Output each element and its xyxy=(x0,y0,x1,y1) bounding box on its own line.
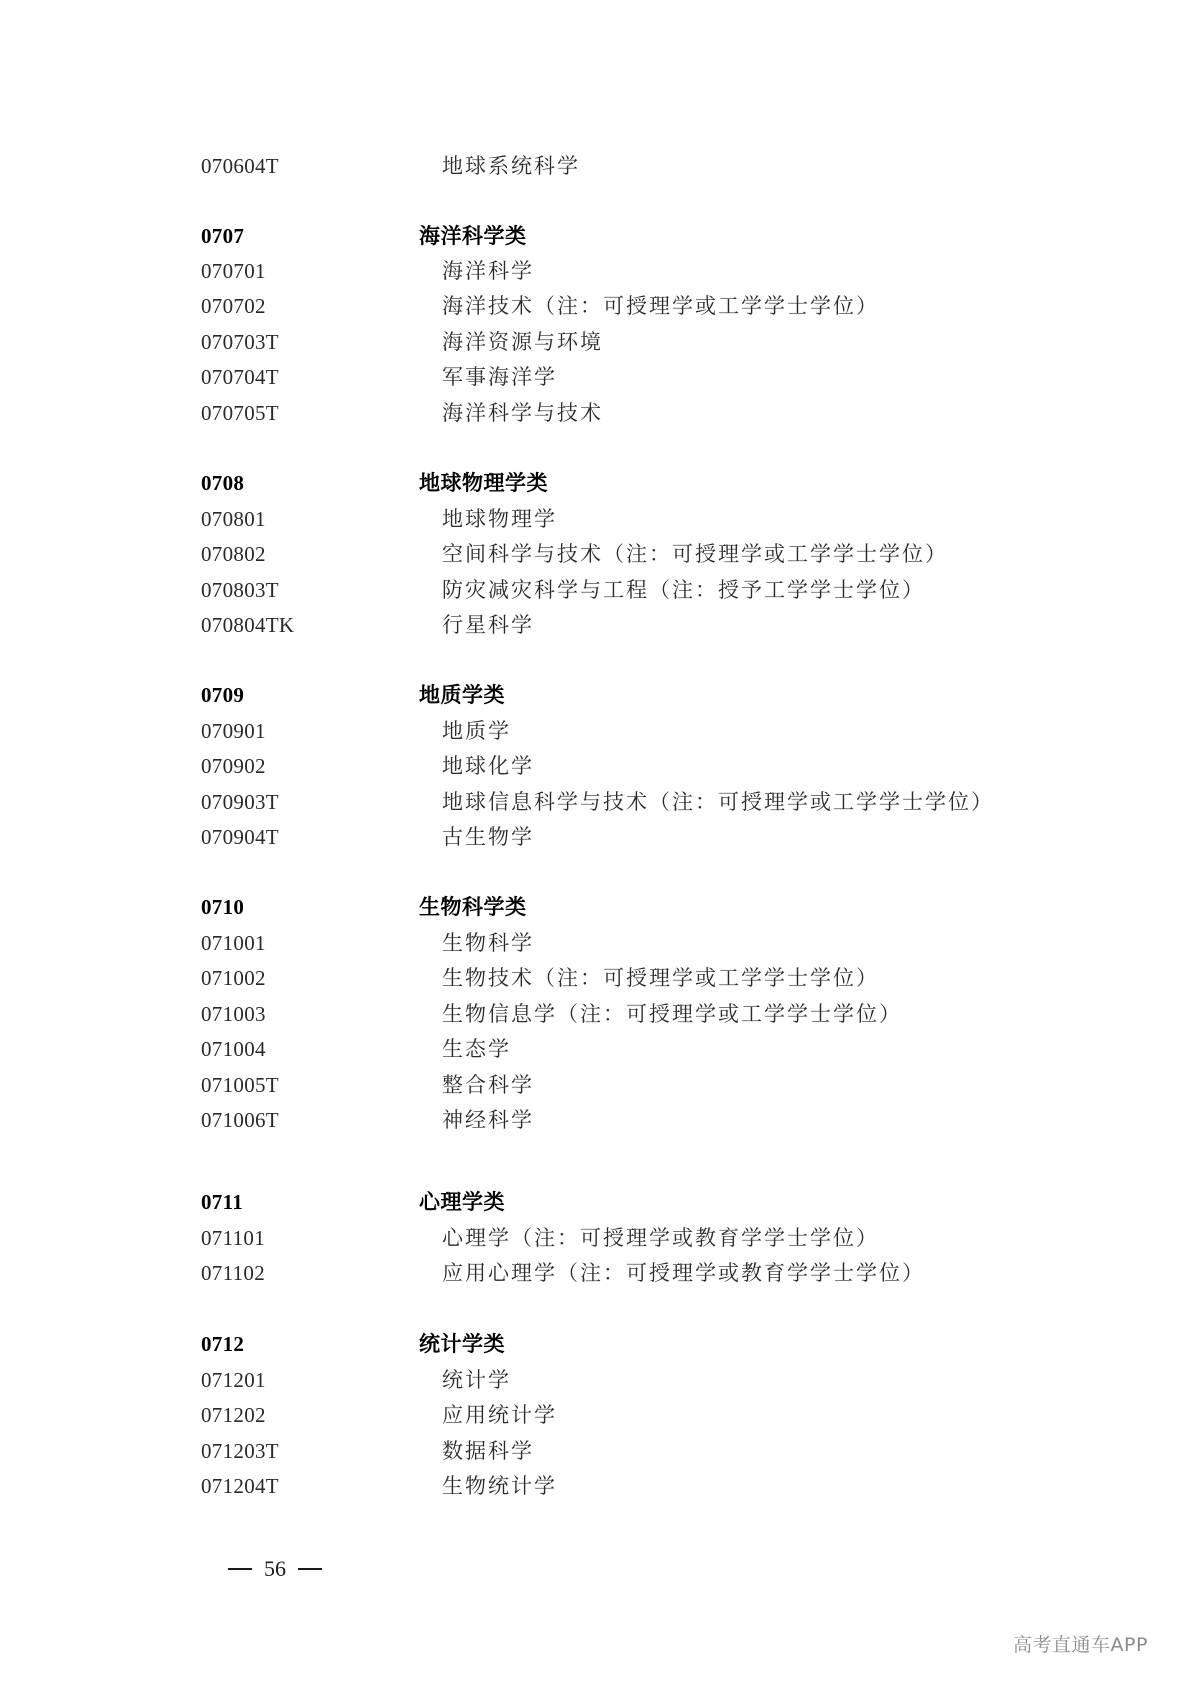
list-item: 070901 地质学 xyxy=(0,716,1190,746)
list-item: 071204T 生物统计学 xyxy=(0,1471,1190,1501)
list-item: 070903T 地球信息科学与技术（注：可授理学或工学学士学位） xyxy=(0,787,1190,817)
list-item: 071101 心理学（注：可授理学或教育学学士学位） xyxy=(0,1223,1190,1253)
section-header: 0707 海洋科学类 xyxy=(0,221,1190,251)
list-item: 070702 海洋技术（注：可授理学或工学学士学位） xyxy=(0,291,1190,321)
major-code: 070701 xyxy=(201,256,266,286)
major-code: 070904T xyxy=(201,822,279,852)
major-name: 军事海洋学 xyxy=(442,362,557,392)
list-item: 070704T 军事海洋学 xyxy=(0,362,1190,392)
major-name: 数据科学 xyxy=(442,1436,534,1466)
list-item: 070703T 海洋资源与环境 xyxy=(0,327,1190,357)
section-title: 海洋科学类 xyxy=(419,221,527,251)
major-name: 空间科学与技术（注：可授理学或工学学士学位） xyxy=(442,539,948,569)
dash-decoration xyxy=(228,1568,252,1570)
list-item: 070705T 海洋科学与技术 xyxy=(0,398,1190,428)
list-item: 071005T 整合科学 xyxy=(0,1070,1190,1100)
major-name: 地质学 xyxy=(442,716,511,746)
list-item: 071203T 数据科学 xyxy=(0,1436,1190,1466)
major-code: 070801 xyxy=(201,504,266,534)
major-name: 生物技术（注：可授理学或工学学士学位） xyxy=(442,963,879,993)
major-name: 应用统计学 xyxy=(442,1400,557,1430)
major-name: 古生物学 xyxy=(442,822,534,852)
list-item: 071004 生态学 xyxy=(0,1034,1190,1064)
section-code: 0709 xyxy=(201,680,244,710)
major-code: 071002 xyxy=(201,963,266,993)
major-code: 070902 xyxy=(201,751,266,781)
major-name: 生物科学 xyxy=(442,928,534,958)
major-name: 海洋科学与技术 xyxy=(442,398,603,428)
major-name: 地球系统科学 xyxy=(442,151,580,181)
major-name: 海洋技术（注：可授理学或工学学士学位） xyxy=(442,291,879,321)
major-code: 070704T xyxy=(201,362,279,392)
section-header: 0708 地球物理学类 xyxy=(0,468,1190,498)
list-item: 070803T 防灾减灾科学与工程（注：授予工学学士学位） xyxy=(0,575,1190,605)
major-name: 神经科学 xyxy=(442,1105,534,1135)
major-name: 地球化学 xyxy=(442,751,534,781)
major-code: 071006T xyxy=(201,1105,279,1135)
major-name: 统计学 xyxy=(442,1365,511,1395)
list-item: 071102 应用心理学（注：可授理学或教育学学士学位） xyxy=(0,1258,1190,1288)
section-title: 地质学类 xyxy=(419,680,505,710)
list-item: 071006T 神经科学 xyxy=(0,1105,1190,1135)
watermark: 高考直通车APP xyxy=(1013,1630,1148,1657)
major-name: 地球信息科学与技术（注：可授理学或工学学士学位） xyxy=(442,787,994,817)
major-name: 生物统计学 xyxy=(442,1471,557,1501)
major-name: 地球物理学 xyxy=(442,504,557,534)
major-name: 海洋科学 xyxy=(442,256,534,286)
page-number: 56 xyxy=(228,1554,322,1584)
list-item: 070802 空间科学与技术（注：可授理学或工学学士学位） xyxy=(0,539,1190,569)
major-code: 071204T xyxy=(201,1471,279,1501)
section-title: 心理学类 xyxy=(419,1187,505,1217)
major-name: 海洋资源与环境 xyxy=(442,327,603,357)
major-code: 071101 xyxy=(201,1223,265,1253)
list-item: 070804TK 行星科学 xyxy=(0,610,1190,640)
list-item: 070701 海洋科学 xyxy=(0,256,1190,286)
major-code: 071201 xyxy=(201,1365,266,1395)
section-code: 0708 xyxy=(201,468,244,498)
dash-decoration xyxy=(298,1568,322,1570)
section-header: 0711 心理学类 xyxy=(0,1187,1190,1217)
list-item: 070604T 地球系统科学 xyxy=(0,151,1190,181)
major-code: 070804TK xyxy=(201,610,294,640)
section-header: 0709 地质学类 xyxy=(0,680,1190,710)
section-code: 0712 xyxy=(201,1329,244,1359)
section-title: 地球物理学类 xyxy=(419,468,548,498)
list-item: 071003 生物信息学（注：可授理学或工学学士学位） xyxy=(0,999,1190,1029)
major-code: 070903T xyxy=(201,787,279,817)
major-code: 070901 xyxy=(201,716,266,746)
list-item: 070801 地球物理学 xyxy=(0,504,1190,534)
major-code: 070803T xyxy=(201,575,279,605)
major-code: 071202 xyxy=(201,1400,266,1430)
major-code: 071004 xyxy=(201,1034,266,1064)
major-name: 防灾减灾科学与工程（注：授予工学学士学位） xyxy=(442,575,925,605)
major-code: 070802 xyxy=(201,539,266,569)
major-name: 生态学 xyxy=(442,1034,511,1064)
section-header: 0712 统计学类 xyxy=(0,1329,1190,1359)
section-title: 统计学类 xyxy=(419,1329,505,1359)
major-name: 整合科学 xyxy=(442,1070,534,1100)
list-item: 071002 生物技术（注：可授理学或工学学士学位） xyxy=(0,963,1190,993)
major-name: 生物信息学（注：可授理学或工学学士学位） xyxy=(442,999,902,1029)
list-item: 071001 生物科学 xyxy=(0,928,1190,958)
major-code: 071203T xyxy=(201,1436,279,1466)
major-code: 071001 xyxy=(201,928,266,958)
major-name: 心理学（注：可授理学或教育学学士学位） xyxy=(442,1223,879,1253)
major-code: 071005T xyxy=(201,1070,279,1100)
list-item: 071202 应用统计学 xyxy=(0,1400,1190,1430)
section-code: 0707 xyxy=(201,221,244,251)
list-item: 070904T 古生物学 xyxy=(0,822,1190,852)
major-name: 应用心理学（注：可授理学或教育学学士学位） xyxy=(442,1258,925,1288)
major-name: 行星科学 xyxy=(442,610,534,640)
section-header: 0710 生物科学类 xyxy=(0,892,1190,922)
major-code: 070705T xyxy=(201,398,279,428)
section-code: 0711 xyxy=(201,1187,243,1217)
list-item: 071201 统计学 xyxy=(0,1365,1190,1395)
section-code: 0710 xyxy=(201,892,244,922)
section-title: 生物科学类 xyxy=(419,892,527,922)
list-item: 070902 地球化学 xyxy=(0,751,1190,781)
major-code: 071003 xyxy=(201,999,266,1029)
major-code: 070703T xyxy=(201,327,279,357)
major-code: 070604T xyxy=(201,151,279,181)
page-number-value: 56 xyxy=(264,1554,286,1584)
major-code: 071102 xyxy=(201,1258,265,1288)
major-code: 070702 xyxy=(201,291,266,321)
